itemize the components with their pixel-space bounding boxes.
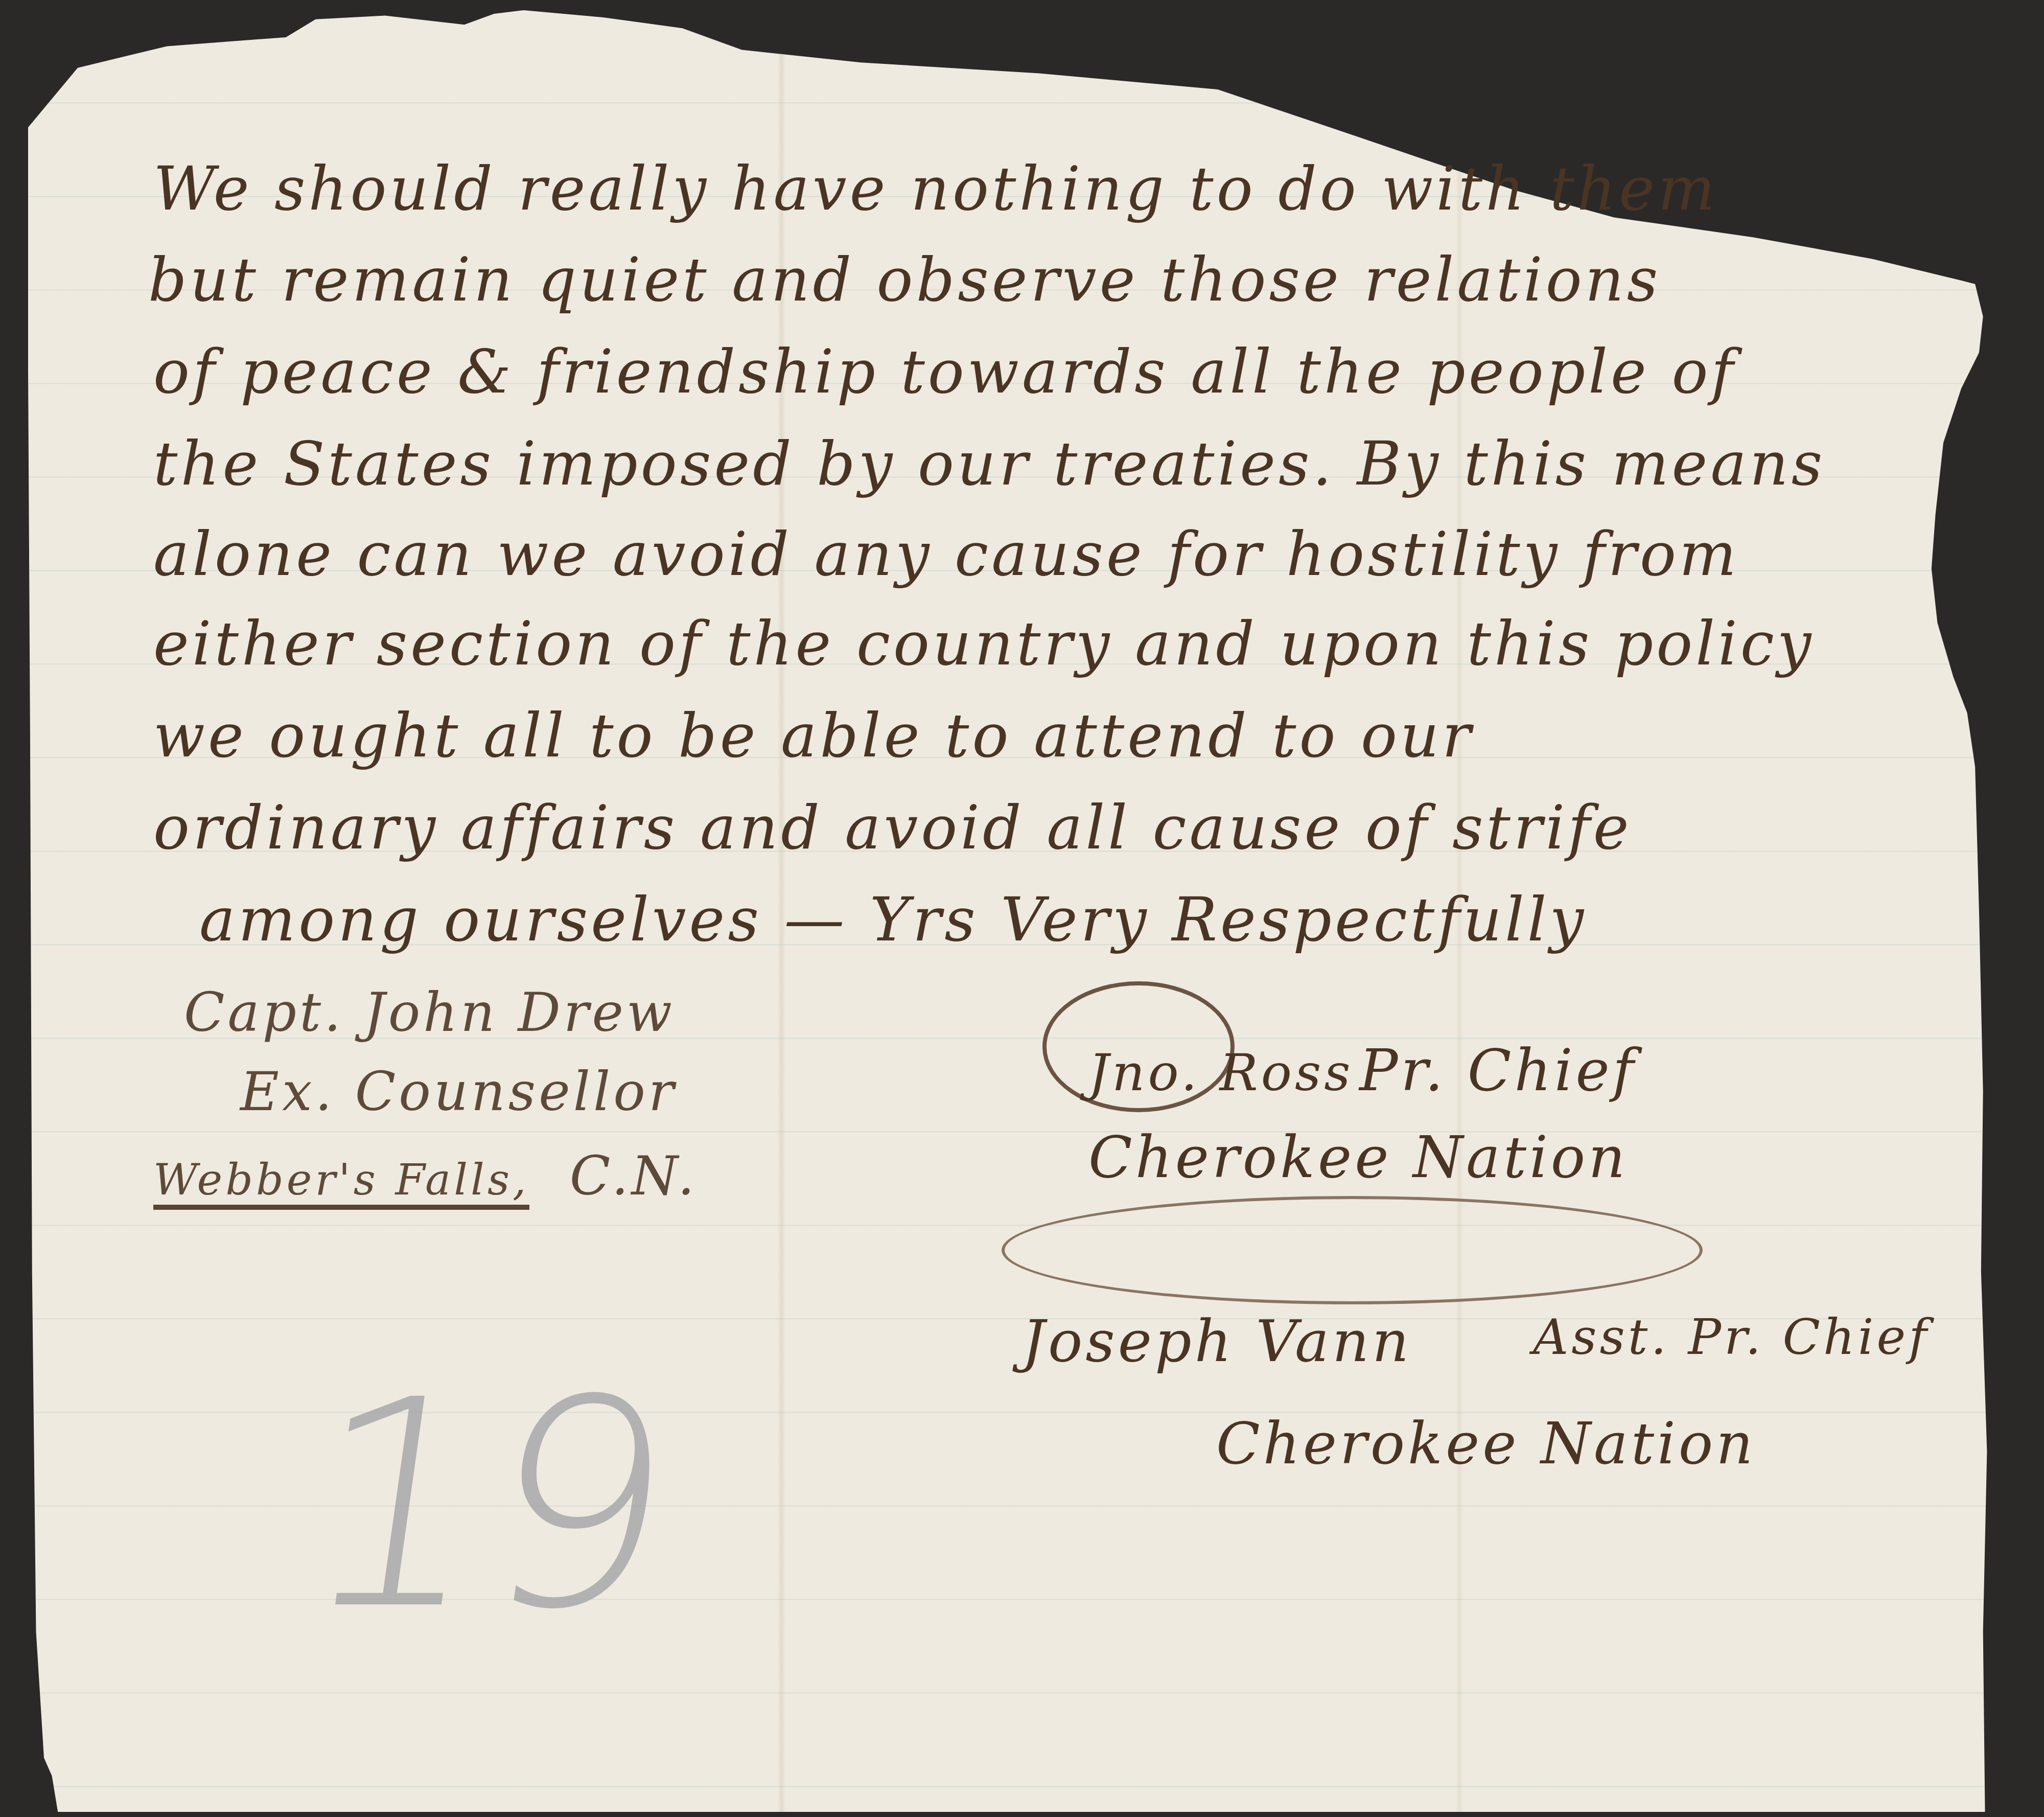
body-line-4: the States imposed by our treaties. By t… (153, 428, 1825, 499)
addressee-place: Webber's Falls, (153, 1155, 529, 1210)
addressee-title: Ex. Counsellor (240, 1061, 677, 1123)
signature-2-nation: Cherokee Nation (1216, 1411, 1756, 1477)
body-line-3: of peace & friendship towards all the pe… (153, 336, 1736, 407)
body-line-9-closing: among ourselves — Yrs Very Respectfully (199, 884, 1587, 955)
addressee-name: Capt. John Drew (184, 981, 675, 1044)
signature-1-nation: Cherokee Nation (1088, 1124, 1628, 1191)
signature-flourish-underline (1002, 1196, 1703, 1304)
body-line-5: alone can we avoid any cause for hostili… (153, 519, 1739, 589)
signature-1-title: Pr. Chief (1359, 1038, 1637, 1104)
pencil-folio-number: 19 (283, 1339, 694, 1672)
body-line-7: we ought all to be able to attend to our (153, 700, 1474, 771)
body-line-8: ordinary affairs and avoid all cause of … (153, 792, 1632, 863)
body-line-1: We should really have nothing to do with… (153, 153, 1718, 224)
signature-2-name: Joseph Vann (1022, 1308, 1412, 1375)
signature-2-title: Asst. Pr. Chief (1533, 1308, 1930, 1366)
addressee-location: Webber's Falls, C.N. (153, 1145, 698, 1207)
signature-1-name: Jno. Ross (1088, 1043, 1354, 1102)
body-line-6: either section of the country and upon t… (153, 608, 1815, 679)
addressee-place-suffix: C.N. (570, 1145, 698, 1207)
body-line-2: but remain quiet and observe those relat… (148, 244, 1661, 315)
